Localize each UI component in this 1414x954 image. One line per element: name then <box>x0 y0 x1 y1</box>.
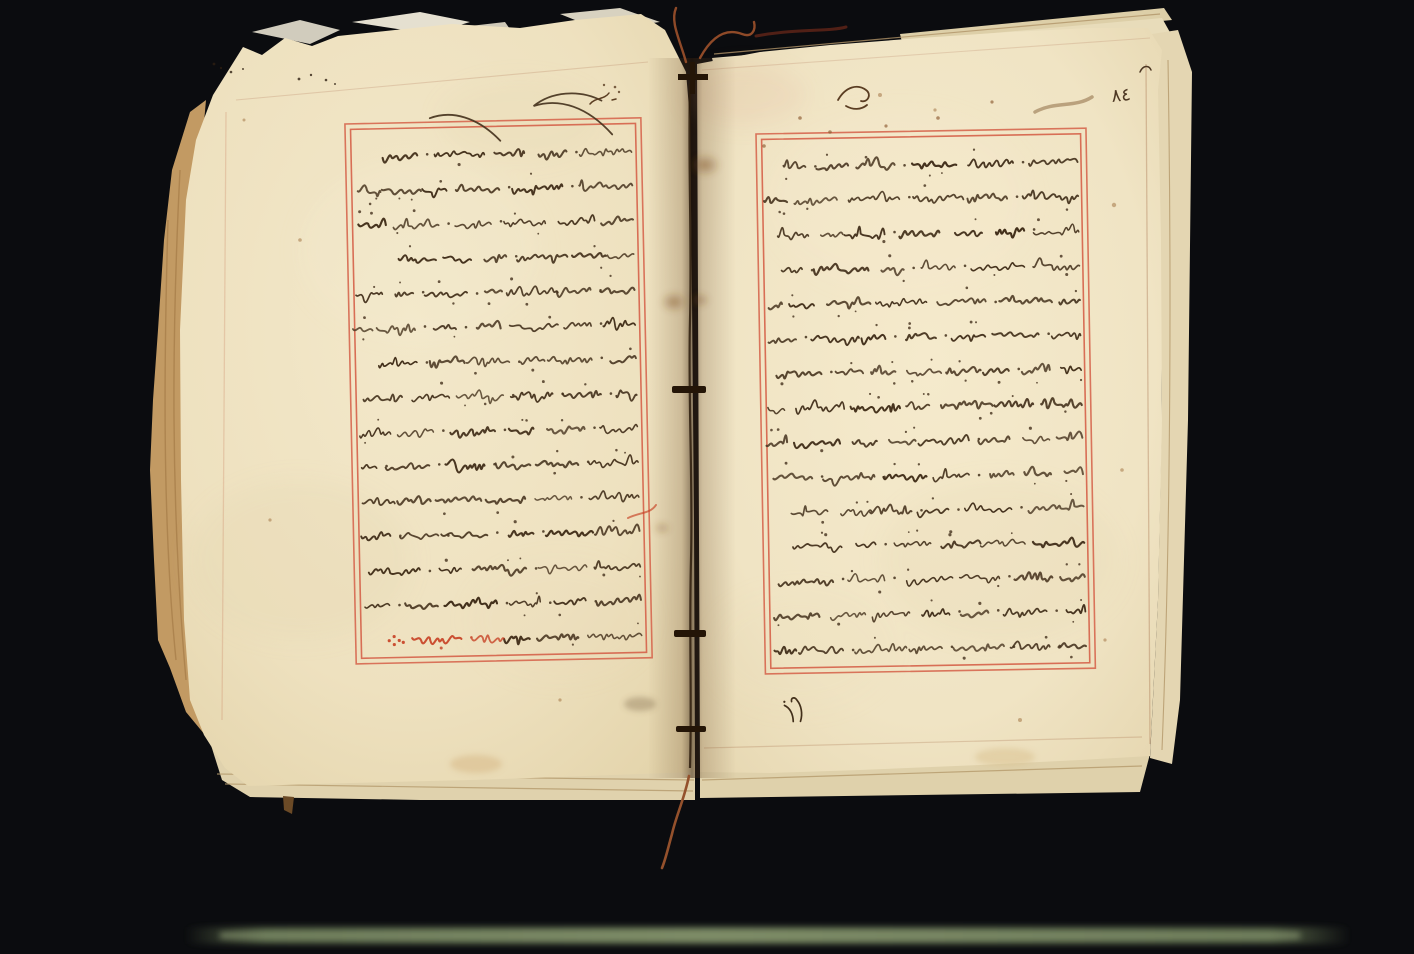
manuscript-photograph: ٨٤ <box>0 0 1414 954</box>
manuscript-photo-svg: ٨٤ <box>0 0 1414 954</box>
scanner-light-strip-core <box>220 933 1300 938</box>
left-page <box>180 14 695 786</box>
folio-number: ٨٤ <box>1110 84 1131 107</box>
